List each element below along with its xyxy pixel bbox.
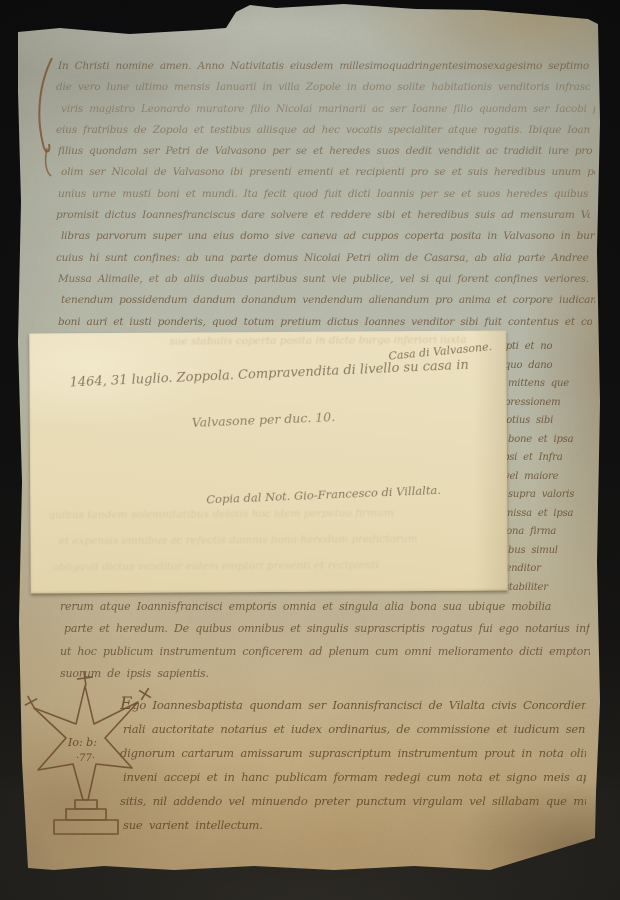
manuscript-line: cuius hi sunt confines: ab una parte dom… (56, 248, 590, 269)
slip-copy-line: Copia dal Not. Gio-Francesco di Villalta… (206, 483, 441, 507)
manuscript-line: sitis, nil addendo vel minuendo preter p… (120, 789, 586, 813)
pedestal-step-2 (66, 809, 106, 820)
slip-place-line: Valvasone per duc. 10. (191, 409, 335, 430)
manuscript-line: libras parvorum super una eius domo sive… (61, 226, 595, 247)
notarial-sign: Io: b: ·77· (24, 666, 154, 846)
right-text-fragments: epti et noquo danomittens quepressionemp… (500, 338, 596, 597)
manuscript-line-fragment: venditor (500, 560, 596, 579)
archival-slip: sue stabulis coperta posita in dicto bur… (29, 331, 508, 594)
manuscript-line: dignorum cartarum amissarum suprascriptu… (120, 741, 586, 765)
manuscript-line: inveni accepi et in hanc publicam formam… (123, 765, 586, 789)
manuscript-line-fragment: supra valoris (508, 486, 596, 505)
manuscript-line-fragment: pressionem (504, 394, 596, 413)
manuscript-line-fragment: bona firma (500, 523, 596, 542)
slip-date-line: 1464, 31 luglio. Zoppola. Compravendita … (69, 356, 501, 390)
manuscript-line-fragment: bus simul (508, 542, 596, 561)
manuscript-line: Ego Ioannesbaptista quondam ser Ioannisf… (120, 692, 586, 717)
slip-showthrough-line: quibus tandem solemnitatibus debitis hoc… (48, 507, 493, 522)
notary-monogram-bottom: ·77· (76, 753, 95, 764)
cross-right-icon (135, 684, 154, 703)
manuscript-line-fragment: vel maiore (504, 468, 596, 487)
manuscript-line: riali auctoritate notarius et iudex ordi… (123, 717, 586, 741)
pedestal-step-1 (75, 800, 97, 809)
photo-background: In Christi nomine amen. Anno Nativitatis… (0, 0, 620, 900)
manuscript-line: boni auri et iusti ponderis, quod totum … (58, 312, 592, 333)
manuscript-line-fragment: mittens que (508, 375, 596, 394)
manuscript-line: viris magistro Leonardo muratore filio N… (61, 99, 595, 120)
cross-top-icon (76, 671, 94, 687)
manuscript-line-fragment: ipsi et Infra (500, 449, 596, 468)
manuscript-line: In Christi nomine amen. Anno Nativitatis… (58, 56, 592, 77)
manuscript-line-fragment: epti et no (500, 338, 596, 357)
manuscript-line: olim ser Nicolai de Valvasono ibi presen… (61, 162, 595, 183)
notary-monogram-top: Io: b: (67, 736, 97, 749)
manuscript-line: die vero lune ultimo mensis Ianuarii in … (56, 77, 590, 98)
manuscript-line: parte et heredum. De quibus omnibus et s… (64, 618, 590, 640)
pedestal-step-3 (54, 820, 118, 834)
manuscript-line: filius quondam ser Petri de Valvasono pe… (58, 141, 592, 162)
manuscript-line: tenendum possidendum dandum donandum ven… (61, 290, 595, 311)
manuscript-line: promisit dictus Ioannesfranciscus dare s… (56, 205, 590, 226)
manuscript-line-fragment: missa et ipsa (504, 505, 596, 524)
manuscript-line-fragment: bone et ipsa (508, 431, 596, 450)
manuscript-line-fragment: stabiliter (504, 579, 596, 598)
main-text-block: In Christi nomine amen. Anno Nativitatis… (56, 56, 590, 333)
slip-showthrough-line: obligavit dictus venditor eidem emptori … (53, 559, 493, 574)
manuscript-line: eius fratribus de Zopola et testibus ali… (56, 120, 590, 141)
manuscript-line: sue varient intellectum. (123, 813, 586, 837)
manuscript-line: Mussa Alimaile, et ab aliis duabus parti… (58, 269, 592, 290)
slip-showthrough-line: et expensis omnibus ac refectis damnis b… (58, 533, 488, 548)
manuscript-line: ut hoc publicum instrumentum conficerem … (60, 641, 590, 663)
notary-subscription-block: Ego Ioannesbaptista quondam ser Ioannisf… (120, 692, 586, 837)
manuscript-line: rerum atque Ioannisfrancisci emptoris om… (60, 596, 590, 618)
manuscript-line: unius urne musti boni et mundi. Ita feci… (58, 184, 592, 205)
cross-left-icon (24, 693, 40, 712)
manuscript-line-fragment: potius sibi (500, 412, 596, 431)
manuscript-line-fragment: quo dano (504, 357, 596, 376)
